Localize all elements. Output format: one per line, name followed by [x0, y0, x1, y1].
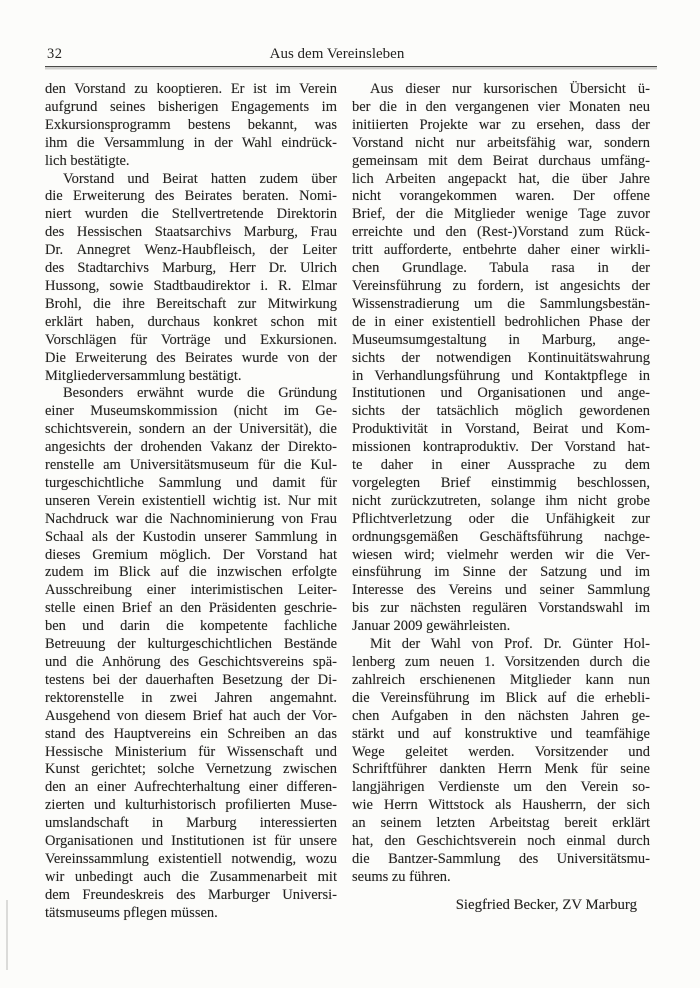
text-line: erklärt haben, durchaus konkret schon mi… [45, 314, 337, 332]
running-header-title: Aus dem Vereinsleben [31, 46, 643, 63]
text-line: Besonders erwähnt wurde die Gründung [45, 385, 337, 403]
text-line: stärkt und auf konstruktive und teamfähi… [352, 726, 650, 744]
text-line: dem Freundeskreis des Marburger Universi… [45, 887, 337, 905]
text-line: nicht vorangekommen waren. Der offene [352, 188, 650, 206]
text-line: Mitgliederversammlung bestätigt. [45, 368, 337, 386]
text-line: Kunst gerichtet; solche Vernetzung zwisc… [45, 761, 337, 779]
text-line: einsführung im Sinne der Satzung und im [352, 564, 650, 582]
text-line: bis zur nächsten regulären Vorstandswahl… [352, 600, 650, 618]
text-line: Nachdruck war die Nachnominierung von Fr… [45, 511, 337, 529]
text-line: vorgelegten Brief einstimmig beschlossen… [352, 475, 650, 493]
text-line: stand des Hauptvereins ein Schreiben an … [45, 726, 337, 744]
text-line: Museumsumgestaltung in Marburg, ange- [352, 332, 650, 350]
running-header: 32 Aus dem Vereinsleben [45, 44, 657, 67]
left-column: den Vorstand zu kooptieren. Er ist im Ve… [45, 81, 337, 923]
text-line: lenberg zum neuen 1. Vorsitzenden durch … [352, 654, 650, 672]
text-line: schichtsverein, sondern an der Universit… [45, 421, 337, 439]
text-line: testens bei der dauerhaften Besetzung de… [45, 672, 337, 690]
text-line: umslandschaft in Marburg interessierten [45, 815, 337, 833]
text-line: tätsmuseums pflegen müssen. [45, 905, 337, 923]
text-line: Interesse des Vereins und seiner Sammlun… [352, 582, 650, 600]
text-line: angesichts der drohenden Vakanz der Dire… [45, 439, 337, 457]
text-line: langjährigen Verdienste um den Verein so… [352, 779, 650, 797]
text-line: turgeschichtliche Sammlung und damit für [45, 475, 337, 493]
text-line: Produktivität in Vorstand, Beirat und Ko… [352, 421, 650, 439]
text-line: des Hessischen Staatsarchivs Marburg, Fr… [45, 224, 337, 242]
text-line: ihm die Versammlung in der Wahl eindrück… [45, 135, 337, 153]
text-line: Vorstand und Beirat hatten zudem über [45, 171, 337, 189]
text-line: Exkursionsprogramm bestens bekannt, was [45, 117, 337, 135]
right-column-lines: Aus dieser nur kursorischen Übersicht ü-… [352, 81, 650, 887]
text-line: Schriftführer dankten Herrn Menk für sei… [352, 761, 650, 779]
text-line: Brohl, die ihre Bereitschaft zur Mitwirk… [45, 296, 337, 314]
text-line: einer Museumskommission (nicht im Ge- [45, 403, 337, 421]
text-line: nicht zurückzutreten, solange ihm nicht … [352, 493, 650, 511]
text-line: wie Herrn Wittstock als Hausherrn, der s… [352, 797, 650, 815]
text-line: niert wurden die Stellvertretende Direkt… [45, 206, 337, 224]
text-line: chen Grundlage. Tabula rasa in der [352, 260, 650, 278]
text-line: aufgrund seines bisherigen Engagements i… [45, 99, 337, 117]
text-line: erreichte und den (Rest-)Vorstand zum Rü… [352, 224, 650, 242]
text-line: sichts der tatsächlich möglich gewordene… [352, 403, 650, 421]
text-line: die Vereinsführung im Blick auf die erhe… [352, 690, 650, 708]
text-line: rektorenstelle in zwei Jahren angemahnt. [45, 690, 337, 708]
text-line: Brief, der die Mitglieder wenige Tage zu… [352, 206, 650, 224]
text-line: chen Aufgaben in den nächsten Jahren ge- [352, 708, 650, 726]
article-body: den Vorstand zu kooptieren. Er ist im Ve… [45, 81, 650, 923]
text-line: Wege geleitet werden. Vorsitzender und [352, 744, 650, 762]
text-line: zudem im Blick auf die inzwischen erfolg… [45, 564, 337, 582]
text-line: Betreuung der kulturgeschichtlichen Best… [45, 636, 337, 654]
right-column: Aus dieser nur kursorischen Übersicht ü-… [352, 81, 650, 923]
text-line: Vereinsführung zu fordern, ist angesicht… [352, 278, 650, 296]
text-line: unseren Verein existentiell wichtig ist.… [45, 493, 337, 511]
text-line: zahlreich erschienenen Mitglieder kann n… [352, 672, 650, 690]
text-line: in Verhandlungsführung und Kontaktpflege… [352, 368, 650, 386]
text-line: Mit der Wahl von Prof. Dr. Günter Hol- [352, 636, 650, 654]
text-line: Hessische Ministerium für Wissenschaft u… [45, 744, 337, 762]
text-line: initiierten Projekte war zu ersehen, das… [352, 117, 650, 135]
text-line: sichts der notwendigen Kontinuitätswahru… [352, 350, 650, 368]
text-line: ber die in den vergangenen vier Monaten … [352, 99, 650, 117]
text-line: Dr. Annegret Wenz-Haubfleisch, der Leite… [45, 242, 337, 260]
text-line: Vereinssammlung existentiell notwendig, … [45, 851, 337, 869]
text-line: ben und darin die kompetente fachliche [45, 618, 337, 636]
text-line: tritt aufforderte, entbehrte daher einer… [352, 242, 650, 260]
text-line: de in einer existentiell bedrohlichen Ph… [352, 314, 650, 332]
text-line: Vorstand nicht nur arbeitsfähig war, son… [352, 135, 650, 153]
text-line: Ausschreibung einer interimistischen Lei… [45, 582, 337, 600]
text-line: stelle einen Brief an den Präsidenten ge… [45, 600, 337, 618]
text-line: Hussong, sowie Stadtbaudirektor i. R. El… [45, 278, 337, 296]
text-line: lich Arbeiten angepackt hat, die über Ja… [352, 171, 650, 189]
text-line: den an einer Aufrechterhaltung einer dif… [45, 779, 337, 797]
text-line: Januar 2009 gewährleisten. [352, 618, 650, 636]
text-line: renstelle am Universitätsmuseum für die … [45, 457, 337, 475]
text-line: Die Erweiterung des Beirates wurde von d… [45, 350, 337, 368]
text-line: dieses Gremium möglich. Der Vorstand hat [45, 547, 337, 565]
text-line: zierten und kulturhistorisch profilierte… [45, 797, 337, 815]
text-line: te daher in einer Aussprache zu dem [352, 457, 650, 475]
text-line: gemeinsam mit dem Beirat durchaus umfäng… [352, 153, 650, 171]
text-line: wiesen wird; vielmehr werden wir die Ver… [352, 547, 650, 565]
text-line: Aus dieser nur kursorischen Übersicht ü- [352, 81, 650, 99]
text-line: und die Anhörung des Geschichtsvereins s… [45, 654, 337, 672]
text-line: Ausgehend von diesem Brief hat auch der … [45, 708, 337, 726]
text-line: Pflichtverletzung oder die Unfähigkeit z… [352, 511, 650, 529]
text-line: Institutionen und Organisationen und ang… [352, 385, 650, 403]
text-line: ordnungsgemäßen Geschäftsführung nachge- [352, 529, 650, 547]
text-line: an seinem letzten Arbeitstag bereit erkl… [352, 815, 650, 833]
scan-edge-artifact [6, 900, 8, 970]
author-signature: Siegfried Becker, ZV Marburg [352, 897, 650, 915]
text-line: des Stadtarchivs Marburg, Herr Dr. Ulric… [45, 260, 337, 278]
text-line: Vorschlägen für Vorträge und Exkursionen… [45, 332, 337, 350]
document-page: 32 Aus dem Vereinsleben den Vorstand zu … [0, 0, 700, 988]
text-line: den Vorstand zu kooptieren. Er ist im Ve… [45, 81, 337, 99]
text-line: seums zu führen. [352, 869, 650, 887]
text-line: Wissenstradierung um die Sammlungsbestän… [352, 296, 650, 314]
text-line: wir unbedingt auch die Zusammenarbeit mi… [45, 869, 337, 887]
text-line: Organisationen und Institutionen ist für… [45, 833, 337, 851]
text-line: die Bantzer-Sammlung des Universitätsmu- [352, 851, 650, 869]
text-line: Schaal als der Kustodin unserer Sammlung… [45, 529, 337, 547]
text-line: hat, den Geschichtsverein noch einmal du… [352, 833, 650, 851]
text-line: lich bestätigte. [45, 153, 337, 171]
text-line: die Erweiterung des Beirates beraten. No… [45, 188, 337, 206]
text-line: missionen kontraproduktiv. Der Vorstand … [352, 439, 650, 457]
